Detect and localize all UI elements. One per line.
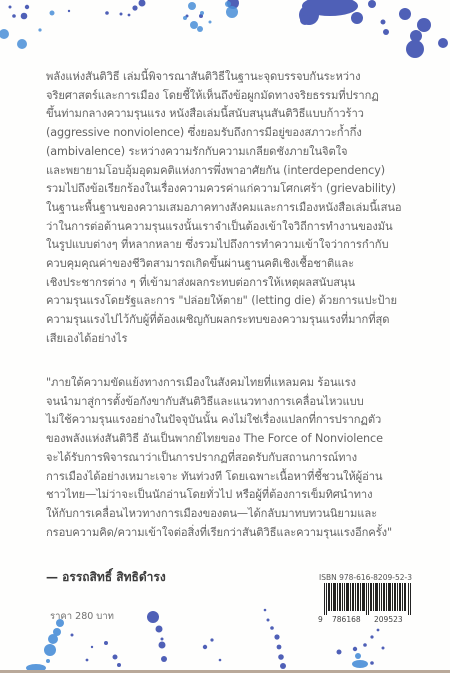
text-line: (ambivalence) ระหว่างความรักกับความเกลีย…	[46, 143, 416, 162]
text-line: รวมไปถึงข้อเรียกร้องในเรื่องความควรค่าแก…	[46, 180, 416, 199]
text-line: ในรูปแบบต่างๆ ที่หลากหลาย ซึ่งรวมไปถึงกา…	[46, 236, 416, 255]
text-line: ควบคุมคุณค่าของชีวิตสามารถเกิดขึ้นผ่านฐา…	[46, 255, 416, 274]
text-line: ของพลังแห่งสันติวิธี อันเป็นพากย์ไทยของ …	[46, 430, 416, 449]
text-line: ความรุนแรงไปไว้กับผู้ที่ต้องเผชิญกับผลกร…	[46, 311, 416, 330]
barcode-icon	[324, 583, 412, 615]
text-line: "ภายใต้ความขัดแย้งทางการเมืองในสังคมไทยท…	[46, 374, 416, 393]
text-line: ความรุนแรงโดยรัฐและการ "ปล่อยให้ตาย" (le…	[46, 292, 416, 311]
text-line: ในฐานะพื้นฐานของความเสมอภาคทางสังคมและกา…	[46, 199, 416, 218]
isbn-barcode-block: ISBN 978-616-8209-52-3	[316, 573, 412, 625]
text-line: ให้กับการเคลื่อนไหวทางการเมืองของตน—ได้ก…	[46, 505, 416, 524]
text-line: จริยศาสตร์และการเมือง โดยชี้ให้เห็นถึงข้…	[46, 87, 416, 106]
price-label: ราคา 280 บาท	[50, 609, 114, 624]
author-attribution: — อรรถสิทธิ์ สิทธิดำรง	[46, 568, 166, 587]
text-line: เสียเองได้อย่างไร	[46, 330, 416, 349]
text-line: เชิงประชากรต่าง ๆ ที่เข้ามาส่งผลกระทบต่อ…	[46, 274, 416, 293]
book-back-cover: พลังแห่งสันติวิธี เล่มนี้พิจารณาสันติวิธ…	[0, 0, 450, 673]
text-line: ขึ้นท่ามกลางความรุนแรง หนังสือเล่มนี้สนั…	[46, 105, 416, 124]
endorsement-quote: "ภายใต้ความขัดแย้งทางการเมืองในสังคมไทยท…	[46, 374, 416, 542]
text-line: จนนำมาสู่การตั้งข้อกังขากับสันติวิธีและแ…	[46, 393, 416, 412]
text-line: การเมืองได้อย่างเหมาะเจาะ ทันท่วงที โดยเ…	[46, 468, 416, 487]
barcode-digit-first: 9	[318, 615, 323, 624]
isbn-label: ISBN 978-616-8209-52-3	[319, 573, 412, 582]
ink-splatter-top-icon	[0, 0, 450, 70]
text-line: พลังแห่งสันติวิธี เล่มนี้พิจารณาสันติวิธ…	[46, 68, 416, 87]
text-line: ว่าในการต่อต้านความรุนแรงนั้นเราจำเป็นต้…	[46, 218, 416, 237]
text-line: ชาวไทย—ไม่ว่าจะเป็นนักอ่านโดยทั่วไป หรือ…	[46, 486, 416, 505]
text-line: ไม่ใช้ความรุนแรงอย่างในปัจจุบันนั้น คงไม…	[46, 411, 416, 430]
text-line: จะได้รับการพิจารณาว่าเป็นการปรากฏที่สอดร…	[46, 449, 416, 468]
text-line: และพยายามโอบอุ้มอุดมคติแห่งการพึ่งพาอาศั…	[46, 162, 416, 181]
text-line: (aggressive nonviolence) ซึ่งยอมรับถึงกา…	[46, 124, 416, 143]
description-paragraph: พลังแห่งสันติวิธี เล่มนี้พิจารณาสันติวิธ…	[46, 68, 416, 349]
text-line: กรอบความคิด/ความเข้าใจต่อสิ่งที่เรียกว่า…	[46, 524, 416, 543]
barcode-digit-group-1: 786168	[332, 615, 361, 624]
barcode-digit-group-2: 209523	[374, 615, 403, 624]
